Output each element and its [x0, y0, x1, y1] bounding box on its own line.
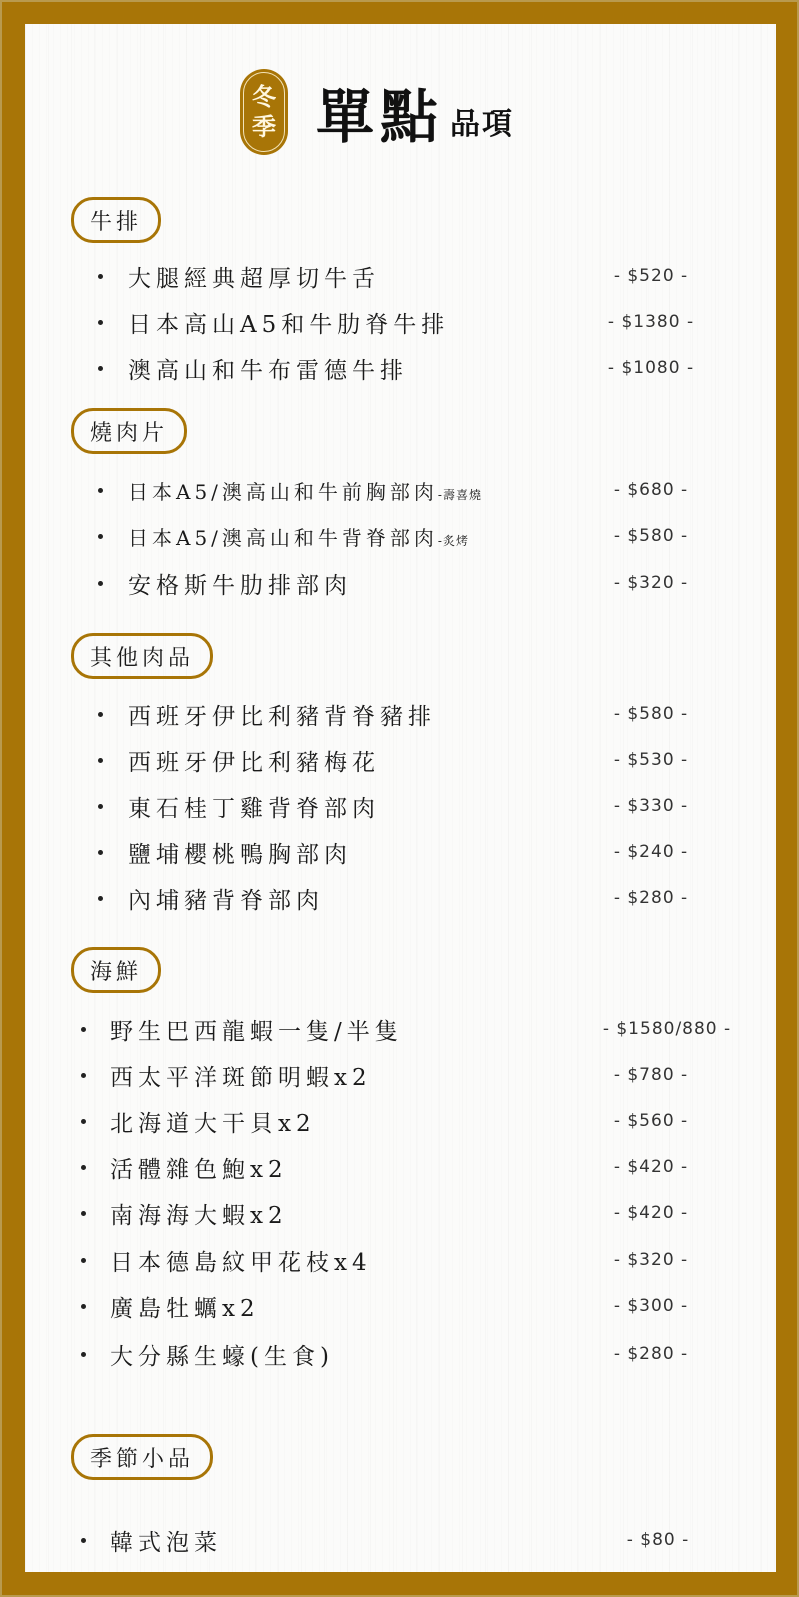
item-name: 大分縣生蠔(生食): [110, 1338, 334, 1371]
item-name: 南海海大蝦x2: [110, 1197, 288, 1230]
page-title: 單點: [316, 70, 444, 154]
section-label-steak: 牛排: [71, 197, 161, 243]
item-price: - $280 -: [571, 1344, 731, 1364]
menu-item: 日本高山A5和牛肋脊牛排 - $1380 -: [25, 302, 776, 342]
item-price: - $80 -: [578, 1530, 738, 1550]
bullet-icon: [98, 804, 103, 809]
menu-item: 野生巴西龍蝦一隻/半隻 - $1580/880 -: [25, 1009, 776, 1049]
bullet-icon: [98, 534, 103, 539]
item-price: - $580 -: [571, 526, 731, 546]
item-name: 日本A5/澳高山和牛背脊部肉-炙烤: [128, 522, 469, 551]
item-suffix: -壽喜燒: [438, 488, 482, 502]
bullet-icon: [81, 1073, 86, 1078]
bullet-icon: [81, 1211, 86, 1216]
bullet-icon: [98, 850, 103, 855]
item-price: - $1080 -: [571, 358, 731, 378]
item-name: 鹽埔櫻桃鴨胸部肉: [128, 836, 352, 869]
menu-paper: 冬 季 單點 品項 牛排 大腿經典超厚切牛舌 - $520 - 日本高山A5和牛…: [25, 24, 776, 1572]
item-name: 韓式泡菜: [110, 1524, 222, 1557]
bullet-icon: [81, 1304, 86, 1309]
item-price: - $420 -: [571, 1203, 731, 1223]
menu-item: 廣島牡蠣x2 - $300 -: [25, 1286, 776, 1326]
menu-item: 西太平洋斑節明蝦x2 - $780 -: [25, 1055, 776, 1095]
menu-item: 活體雜色鮑x2 - $420 -: [25, 1147, 776, 1187]
item-price: - $330 -: [571, 796, 731, 816]
menu-item: 西班牙伊比利豬背脊豬排 - $580 -: [25, 694, 776, 734]
item-price: - $300 -: [571, 1296, 731, 1316]
menu-item: 大腿經典超厚切牛舌 - $520 -: [25, 256, 776, 296]
menu-header: 冬 季 單點 品項: [240, 67, 514, 157]
menu-item: 南海海大蝦x2 - $420 -: [25, 1193, 776, 1233]
menu-item: 安格斯牛肋排部肉 - $320 -: [25, 563, 776, 603]
section-label-sliced-meat: 燒肉片: [71, 408, 187, 454]
item-name: 野生巴西龍蝦一隻/半隻: [110, 1013, 403, 1046]
item-price: - $580 -: [571, 704, 731, 724]
menu-item: 韓式泡菜 - $80 -: [25, 1520, 776, 1560]
item-price: - $680 -: [571, 480, 731, 500]
item-name: 西班牙伊比利豬背脊豬排: [128, 698, 436, 731]
bullet-icon: [81, 1027, 86, 1032]
menu-item: 日本德島紋甲花枝x4 - $320 -: [25, 1240, 776, 1280]
item-name: 大腿經典超厚切牛舌: [128, 260, 380, 293]
section-label-seasonal-sides: 季節小品: [71, 1434, 213, 1480]
section-label-other-meats: 其他肉品: [71, 633, 213, 679]
bullet-icon: [98, 581, 103, 586]
menu-item: 北海道大干貝x2 - $560 -: [25, 1101, 776, 1141]
item-price: - $420 -: [571, 1157, 731, 1177]
bullet-icon: [81, 1258, 86, 1263]
menu-item: 日本A5/澳高山和牛前胸部肉-壽喜燒 - $680 -: [25, 470, 776, 510]
season-badge: 冬 季: [240, 69, 288, 155]
item-name: 廣島牡蠣x2: [110, 1290, 260, 1323]
item-name: 活體雜色鮑x2: [110, 1151, 288, 1184]
menu-item: 西班牙伊比利豬梅花 - $530 -: [25, 740, 776, 780]
item-name: 西太平洋斑節明蝦x2: [110, 1059, 372, 1092]
item-price: - $320 -: [571, 1250, 731, 1270]
item-name-text: 日本A5/澳高山和牛前胸部肉: [128, 480, 438, 504]
item-name: 日本德島紋甲花枝x4: [110, 1244, 372, 1277]
season-badge-char: 季: [252, 112, 276, 142]
page-subtitle: 品項: [450, 99, 514, 143]
bullet-icon: [98, 896, 103, 901]
menu-item: 鹽埔櫻桃鴨胸部肉 - $240 -: [25, 832, 776, 872]
bullet-icon: [81, 1165, 86, 1170]
item-name: 北海道大干貝x2: [110, 1105, 316, 1138]
season-badge-char: 冬: [252, 82, 276, 112]
menu-item: 大分縣生蠔(生食) - $280 -: [25, 1334, 776, 1374]
menu-item: 澳高山和牛布雷德牛排 - $1080 -: [25, 348, 776, 388]
item-price: - $280 -: [571, 888, 731, 908]
section-label-seafood: 海鮮: [71, 947, 161, 993]
menu-item: 日本A5/澳高山和牛背脊部肉-炙烤 - $580 -: [25, 516, 776, 556]
menu-item: 東石桂丁雞背脊部肉 - $330 -: [25, 786, 776, 826]
item-name: 安格斯牛肋排部肉: [128, 567, 352, 600]
item-name: 澳高山和牛布雷德牛排: [128, 352, 408, 385]
item-price: - $320 -: [571, 573, 731, 593]
item-price: - $530 -: [571, 750, 731, 770]
item-name: 日本高山A5和牛肋脊牛排: [128, 306, 449, 339]
bullet-icon: [98, 274, 103, 279]
item-price: - $1580/880 -: [567, 1019, 767, 1039]
bullet-icon: [98, 320, 103, 325]
item-suffix: -炙烤: [438, 534, 469, 548]
item-name: 東石桂丁雞背脊部肉: [128, 790, 380, 823]
item-price: - $240 -: [571, 842, 731, 862]
menu-item: 內埔豬背脊部肉 - $280 -: [25, 878, 776, 918]
item-name: 日本A5/澳高山和牛前胸部肉-壽喜燒: [128, 476, 482, 505]
bullet-icon: [98, 712, 103, 717]
item-name-text: 日本A5/澳高山和牛背脊部肉: [128, 526, 438, 550]
item-price: - $1380 -: [571, 312, 731, 332]
item-price: - $780 -: [571, 1065, 731, 1085]
bullet-icon: [98, 488, 103, 493]
bullet-icon: [81, 1538, 86, 1543]
item-name: 內埔豬背脊部肉: [128, 882, 324, 915]
item-name: 西班牙伊比利豬梅花: [128, 744, 380, 777]
bullet-icon: [81, 1352, 86, 1357]
bullet-icon: [81, 1119, 86, 1124]
menu-frame: 冬 季 單點 品項 牛排 大腿經典超厚切牛舌 - $520 - 日本高山A5和牛…: [0, 0, 799, 1597]
bullet-icon: [98, 366, 103, 371]
item-price: - $520 -: [571, 266, 731, 286]
item-price: - $560 -: [571, 1111, 731, 1131]
bullet-icon: [98, 758, 103, 763]
